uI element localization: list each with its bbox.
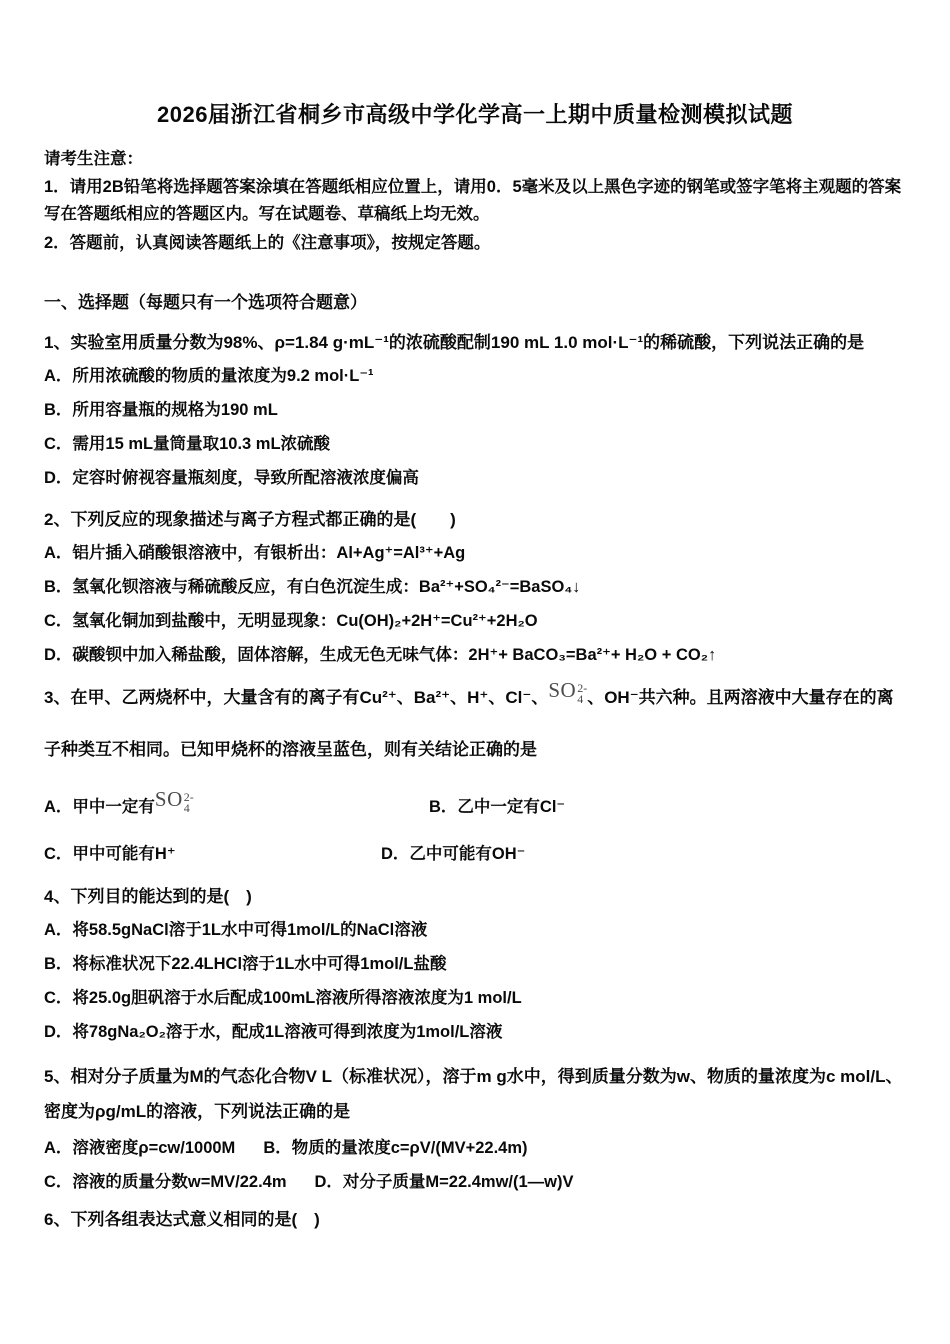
question-1-option-a: A．所用浓硫酸的物质的量浓度为9.2 mol·L⁻¹: [44, 362, 906, 391]
question-3-options-row-1: A．甲中一定有SO2-4 B．乙中一定有Cl⁻: [44, 792, 906, 823]
question-4-option-a: A．将58.5gNaCl溶于1L水中可得1mol/L的NaCl溶液: [44, 916, 906, 945]
question-3-stem: 3、在甲、乙两烧杯中，大量含有的离子有Cu²⁺、Ba²⁺、H⁺、Cl⁻、SO2-…: [44, 672, 906, 776]
sulfate-ion-subscript: 4: [184, 803, 194, 814]
page-title: 2026届浙江省桐乡市高级中学化学高一上期中质量检测模拟试题: [44, 100, 906, 130]
exam-document: 2026届浙江省桐乡市高级中学化学高一上期中质量检测模拟试题 请考生注意： 1．…: [0, 100, 950, 1234]
sulfate-ion-base: SO: [548, 678, 576, 702]
sulfate-ion-scripts: 2-4: [184, 792, 194, 814]
question-3-option-a-text: A．甲中一定有: [44, 798, 155, 816]
question-3-option-d: D．乙中可能有OH⁻: [381, 839, 525, 870]
question-3-option-b: B．乙中一定有Cl⁻: [429, 792, 565, 823]
question-5-option-d: D．对分子质量M=22.4mw/(1—w)V: [315, 1173, 574, 1191]
question-3-stem-text-before: 3、在甲、乙两烧杯中，大量含有的离子有Cu²⁺、Ba²⁺、H⁺、Cl⁻、: [44, 688, 548, 707]
question-2-option-b: B．氢氧化钡溶液与稀硫酸反应，有白色沉淀生成：Ba²⁺+SO₄²⁻=BaSO₄↓: [44, 573, 906, 602]
question-5-option-c: C．溶液的质量分数w=MV/22.4m: [44, 1173, 287, 1191]
sulfate-ion-scripts: 2-4: [577, 683, 587, 705]
question-2-option-d: D．碳酸钡中加入稀盐酸，固体溶解，生成无色无味气体：2H⁺+ BaCO₃=Ba²…: [44, 641, 906, 670]
question-4-option-c: C．将25.0g胆矾溶于水后配成100mL溶液所得溶液浓度为1 mol/L: [44, 984, 906, 1013]
question-1-stem: 1、实验室用质量分数为98%、ρ=1.84 g·mL⁻¹的浓硫酸配制190 mL…: [44, 328, 906, 357]
section-title: 一、选择题（每题只有一个选项符合题意）: [44, 289, 906, 316]
sulfate-ion-formula: SO2-4: [548, 682, 587, 704]
question-4-option-d: D．将78gNa₂O₂溶于水，配成1L溶液可得到浓度为1mol/L溶液: [44, 1018, 906, 1047]
sulfate-ion-formula: SO2-4: [155, 791, 194, 813]
question-1-option-d: D．定容时俯视容量瓶刻度，导致所配溶液浓度偏高: [44, 464, 906, 493]
question-5-option-a: A．溶液密度ρ=cw/1000M: [44, 1139, 235, 1157]
sulfate-ion-base: SO: [155, 787, 183, 811]
question-5-options-cd: C．溶液的质量分数w=MV/22.4mD．对分子质量M=22.4mw/(1—w)…: [44, 1168, 906, 1197]
question-5-stem: 5、相对分子质量为M的气态化合物V L（标准状况），溶于m g水中，得到质量分数…: [44, 1059, 906, 1129]
question-4-stem: 4、下列目的能达到的是( ): [44, 882, 906, 911]
question-1-option-b: B．所用容量瓶的规格为190 mL: [44, 396, 906, 425]
question-2-option-c: C．氢氧化铜加到盐酸中，无明显现象：Cu(OH)₂+2H⁺=Cu²⁺+2H₂O: [44, 607, 906, 636]
notice-line-2: 2．答题前，认真阅读答题纸上的《注意事项》，按规定答题。: [44, 230, 906, 257]
question-2-option-a: A．铝片插入硝酸银溶液中，有银析出：Al+Ag⁺=Al³⁺+Ag: [44, 539, 906, 568]
notice-line-1: 1．请用2B铅笔将选择题答案涂填在答题纸相应位置上，请用0．5毫米及以上黑色字迹…: [44, 174, 906, 228]
notice-header: 请考生注意：: [44, 146, 906, 172]
question-4-option-b: B．将标准状况下22.4LHCl溶于1L水中可得1mol/L盐酸: [44, 950, 906, 979]
question-6-stem: 6、下列各组表达式意义相同的是( ): [44, 1205, 906, 1234]
question-3-option-a: A．甲中一定有SO2-4: [44, 792, 429, 823]
question-5-options-ab: A．溶液密度ρ=cw/1000MB．物质的量浓度c=ρV/(MV+22.4m): [44, 1134, 906, 1163]
question-1-option-c: C．需用15 mL量筒量取10.3 mL浓硫酸: [44, 430, 906, 459]
question-5-option-b: B．物质的量浓度c=ρV/(MV+22.4m): [263, 1139, 527, 1157]
sulfate-ion-subscript: 4: [577, 694, 587, 705]
question-2-stem: 2、下列反应的现象描述与离子方程式都正确的是( ): [44, 505, 906, 534]
question-3-option-c: C．甲中可能有H⁺: [44, 839, 381, 870]
question-3-options-row-2: C．甲中可能有H⁺ D．乙中可能有OH⁻: [44, 839, 906, 870]
